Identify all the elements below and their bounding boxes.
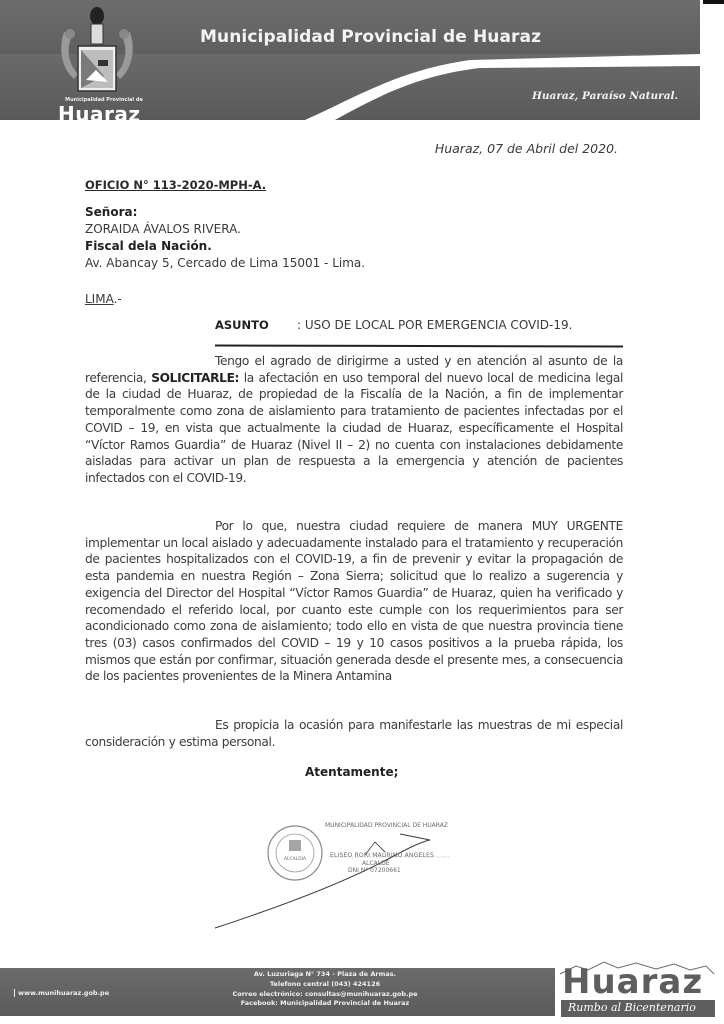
signatory-name: ELISEO RORI MAURINO ANGELES: [330, 852, 434, 859]
footer-phone: Telefono central (043) 424126: [200, 980, 450, 990]
scan-edge-mark: [703, 0, 724, 4]
official-seal-icon: ALCALDIA: [268, 826, 322, 880]
crest-city-name: Huaraz: [58, 102, 140, 126]
signatory-role: ALCALDE: [362, 860, 390, 867]
recipient-salutation: Señora:: [85, 205, 137, 219]
footer-contact-block: Av. Luzuriaga N° 734 - Plaza de Armas. T…: [200, 970, 450, 1009]
header-slogan: Huaraz, Paraíso Natural.: [532, 90, 678, 102]
body-paragraph-3: Es propicia la ocasión para manifestarle…: [85, 717, 623, 750]
destination-city-name: LIMA: [85, 292, 114, 306]
footer-facebook[interactable]: Facebook: Municipalidad Provincial de Hu…: [200, 999, 450, 1009]
subject-label: ASUNTO: [215, 318, 269, 332]
svg-text:ALCALDIA: ALCALDIA: [284, 856, 307, 862]
municipal-crest-icon: [56, 4, 138, 94]
footer-website-link[interactable]: www.munihuaraz.gob.pe: [14, 989, 109, 997]
paragraph-1-rest: la afectación en uso temporal del nuevo …: [85, 371, 623, 485]
footer-logo-tagline: Rumbo al Bicentenario: [568, 1001, 696, 1014]
destination-city-suffix: .-: [114, 292, 122, 306]
footer-address: Av. Luzuriaga N° 734 - Plaza de Armas.: [200, 970, 450, 980]
recipient-address: Av. Abancay 5, Cercado de Lima 15001 - L…: [85, 256, 365, 270]
document-reference: OFICIO N° 113-2020-MPH-A.: [85, 178, 266, 192]
body-paragraph-2: Por lo que, nuestra ciudad requiere de m…: [85, 518, 623, 685]
header-title: Municipalidad Provincial de Huaraz: [200, 27, 541, 47]
subject-value: : USO DE LOCAL POR EMERGENCIA COVID-19.: [297, 318, 572, 332]
stamp-institution: MUNICIPALIDAD PROVINCIAL DE HUARAZ: [325, 822, 448, 829]
letter-date: Huaraz, 07 de Abril del 2020.: [435, 141, 618, 156]
signature-and-seal: ALCALDIA: [180, 800, 480, 940]
destination-city: LIMA.-: [85, 292, 122, 306]
footer-logo-word: Huaraz: [562, 962, 703, 1002]
paragraph-1-emphasis: SOLICITARLE:: [151, 371, 239, 385]
subject-divider: [215, 344, 623, 347]
recipient-name: ZORAIDA ÁVALOS RIVERA.: [85, 222, 241, 236]
recipient-title: Fiscal dela Nación.: [85, 239, 212, 253]
footer-email[interactable]: Correo electrónico: consultas@munihuaraz…: [200, 990, 450, 1000]
signatory-dni: DNI N° 07200661: [348, 867, 401, 874]
body-paragraph-1: Tengo el agrado de dirigirme a usted y e…: [85, 353, 623, 487]
closing-phrase: Atentamente;: [305, 765, 398, 779]
